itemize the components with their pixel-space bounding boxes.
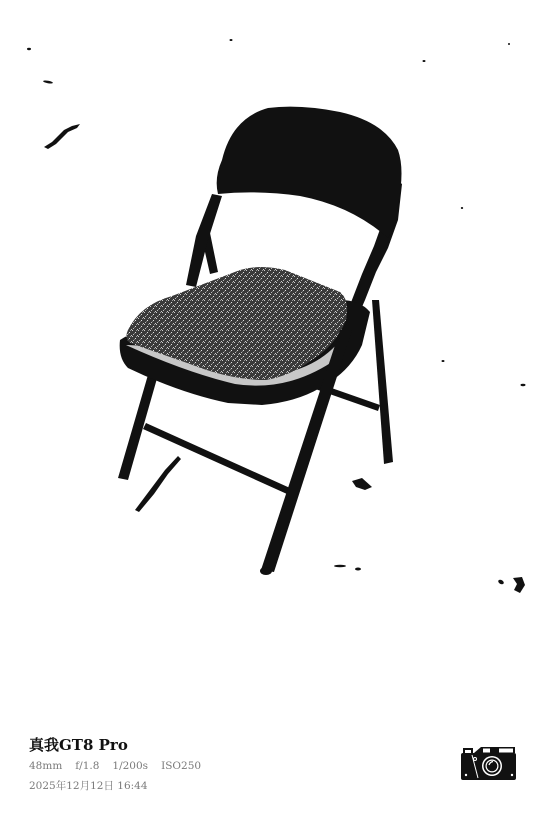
photo-watermark: 真我GT8 Pro 48mmf/1.81/200sISO250 2025年12月…: [29, 734, 214, 793]
iso: ISO250: [161, 760, 201, 772]
shutter-speed: 1/200s: [112, 760, 148, 772]
exif-params: 48mmf/1.81/200sISO250: [29, 759, 214, 773]
focal-length: 48mm: [29, 760, 62, 772]
device-name: 真我GT8 Pro: [29, 734, 214, 756]
camera-icon: [459, 745, 519, 781]
photo-folding-chair: [0, 0, 540, 700]
capture-datetime: 2025年12月12日 16:44: [29, 779, 214, 793]
chair-illustration: [0, 0, 540, 700]
aperture: f/1.8: [75, 760, 99, 772]
